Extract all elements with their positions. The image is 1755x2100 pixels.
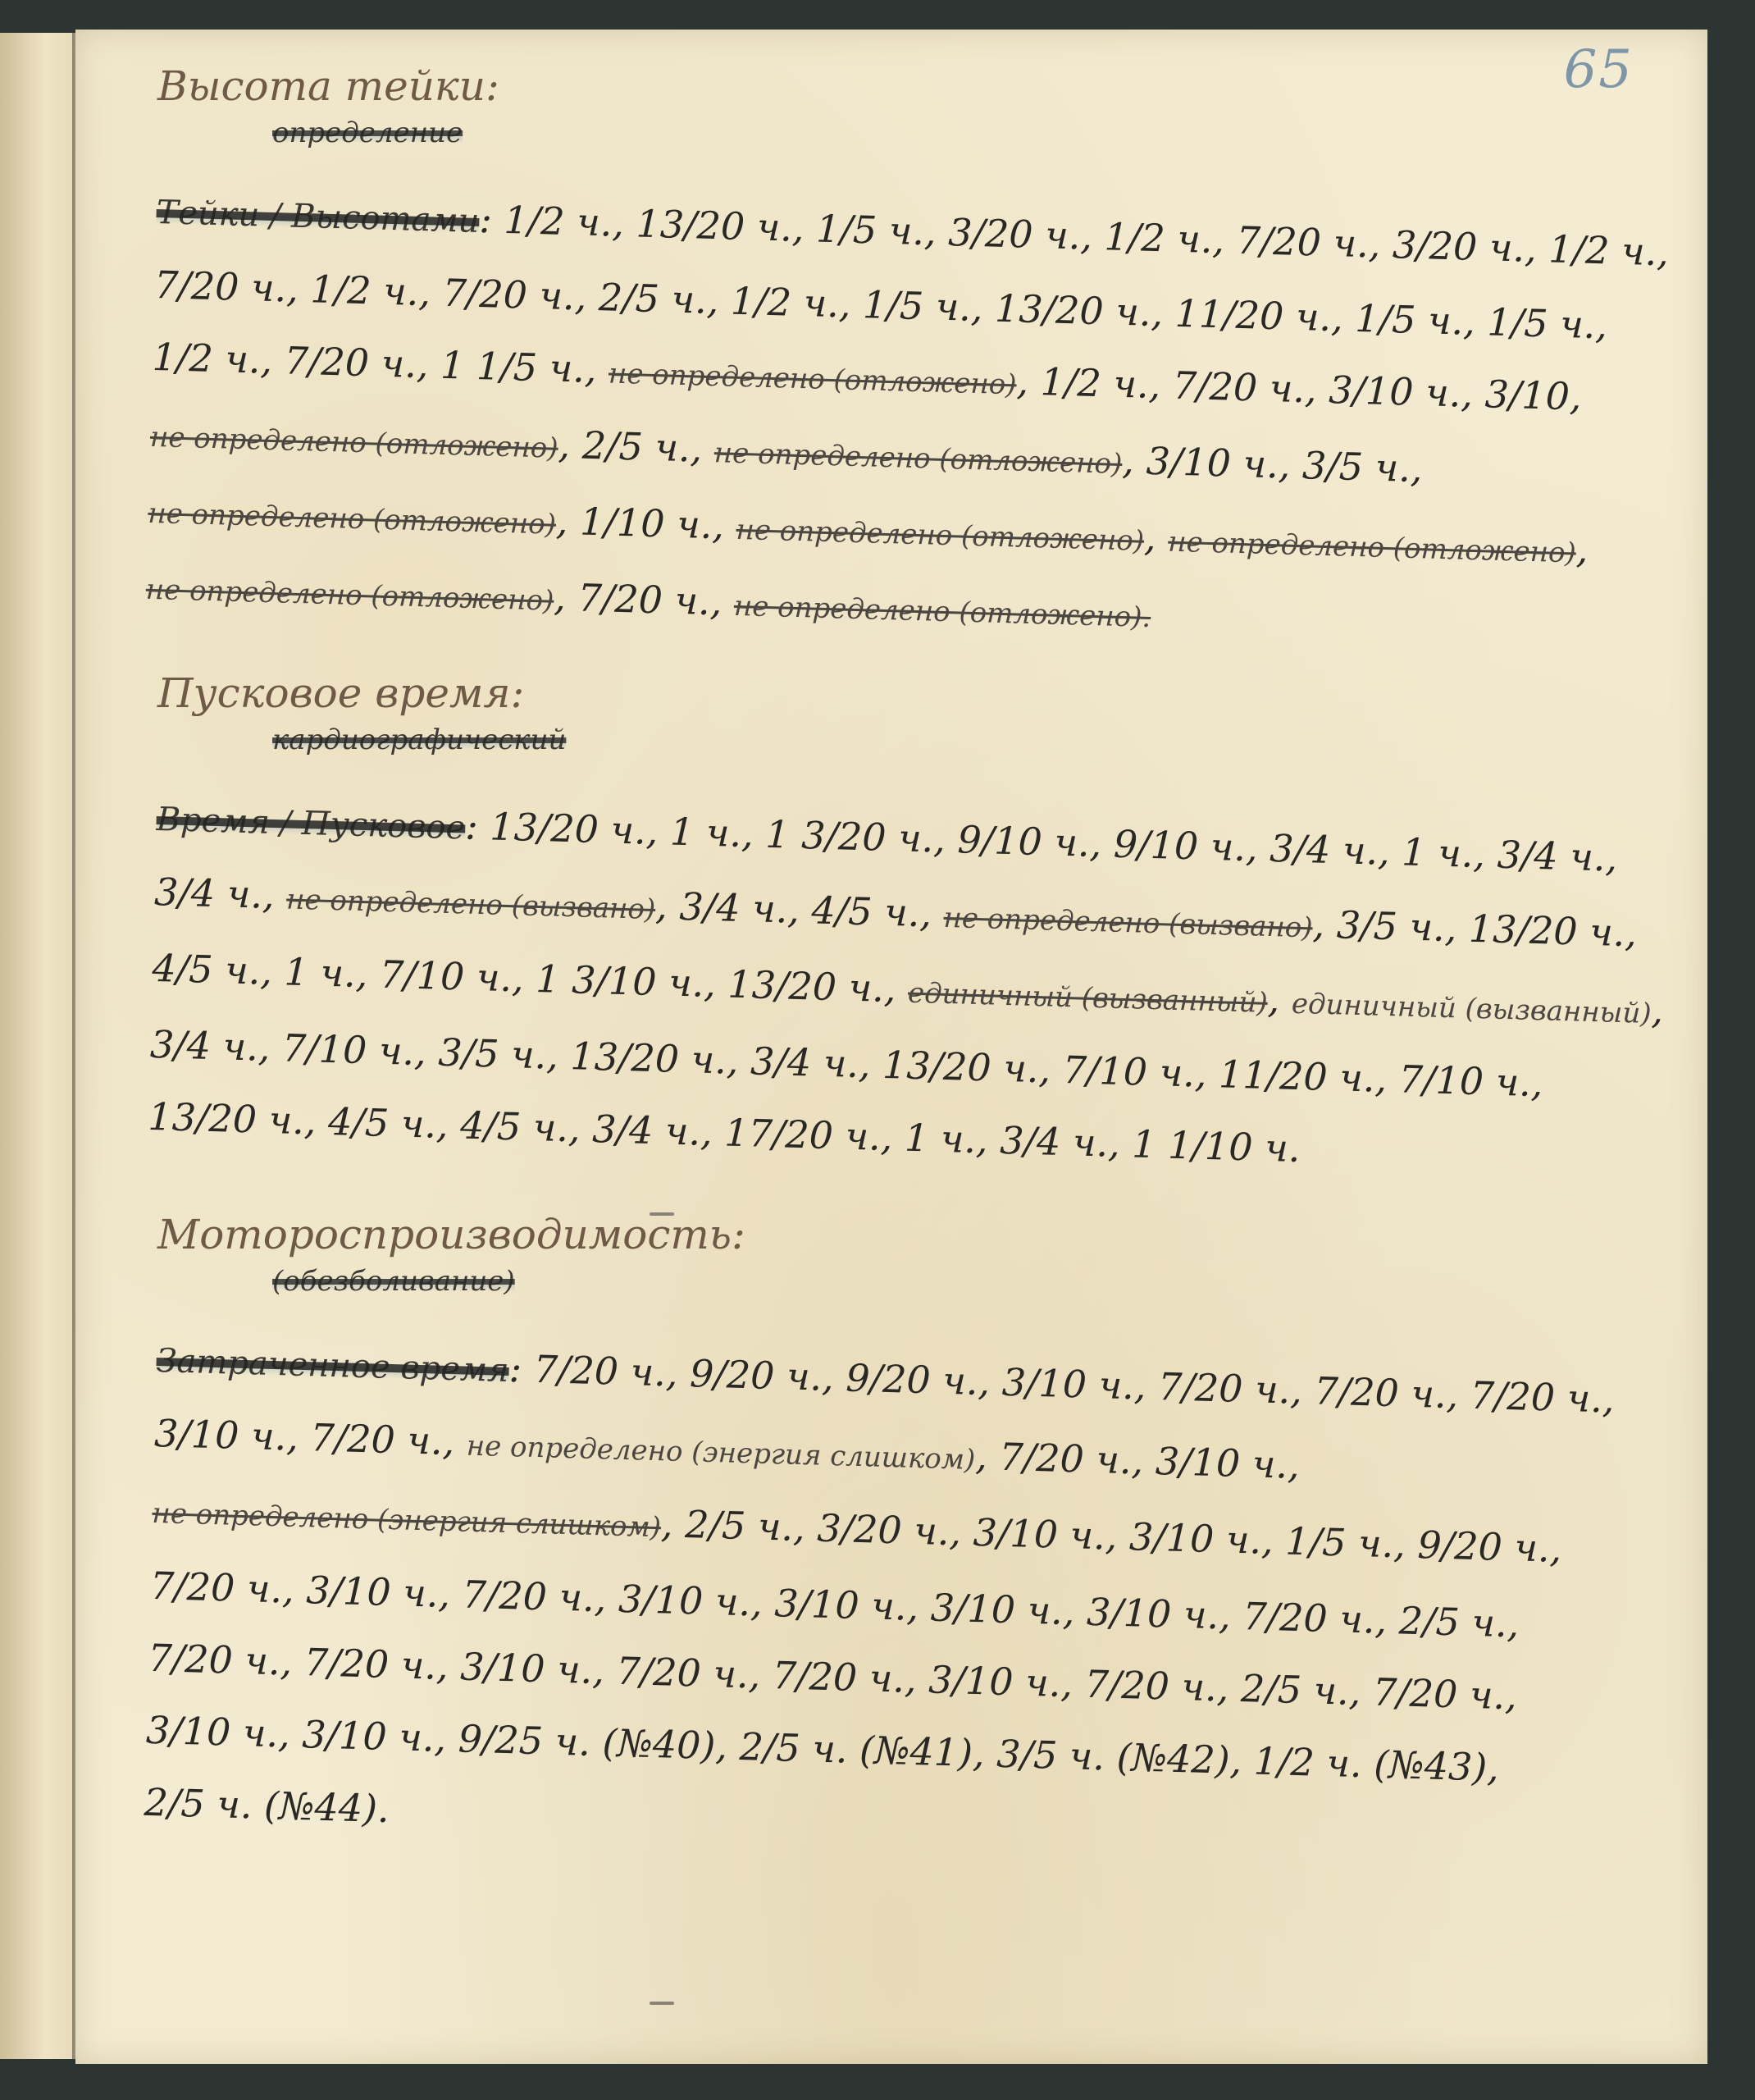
separator: , (1216, 1665, 1242, 1710)
separator: , (262, 873, 287, 918)
measurement-entry: 1/5 ч. (1285, 1519, 1394, 1567)
measurement-entry: 3/10 ч. (1329, 367, 1462, 415)
measurement-entry: 4/5 ч. (327, 1099, 436, 1147)
separator: , (750, 1580, 775, 1625)
measurement-entry: 7/20 ч. (1236, 218, 1370, 266)
separator: , (286, 266, 312, 311)
separator: , (655, 883, 681, 929)
separator: , (975, 1117, 1001, 1162)
separator: , (1133, 1363, 1159, 1408)
separator: , (418, 270, 444, 315)
separator: , (791, 206, 817, 251)
separator: , (1151, 290, 1176, 336)
measurement-entry: 2/5 ч. (581, 423, 691, 471)
separator: , (704, 961, 729, 1007)
separator: , (1194, 1051, 1219, 1096)
separator: , (554, 575, 579, 620)
separator: , (434, 1716, 459, 1761)
measurement-entry: 4/5 ч. (811, 888, 920, 935)
separator: , (970, 285, 996, 331)
measurement-entry: 3/10 (1484, 372, 1570, 418)
measurement-entry: 3/4 ч. (592, 1107, 701, 1154)
measurement-entry: 7/20 ч. (153, 262, 287, 310)
struck-entry: не определено (вызвано) (286, 883, 656, 926)
measurement-entry: 3/4 ч. (679, 884, 788, 932)
separator: , (748, 1652, 773, 1697)
measurement-entry: 7/20 ч. (1172, 363, 1306, 411)
struck-label: Тейки / Высотами (156, 194, 480, 240)
struck-entry: единичный (вызванный) (908, 977, 1269, 1020)
separator: , (574, 274, 599, 319)
measurement-entry: 3/10 ч. (1155, 1439, 1288, 1486)
section-launch-time: Пусковое время: кардиографический Время … (157, 669, 1675, 1153)
measurement-entry: 1/2 ч. (152, 335, 261, 382)
measurement-entry: 13/20 ч. (1468, 906, 1625, 955)
struck-label: Время / Пусковое (156, 801, 466, 847)
separator: , (277, 1711, 303, 1756)
measurement-entry: 9/25 ч. (№40) (458, 1716, 716, 1768)
measurement-entry: 7/20 ч. (1084, 1662, 1218, 1710)
separator: , (442, 1419, 467, 1464)
facing-page-edge (0, 33, 78, 2059)
separator: , (883, 966, 909, 1011)
separator: , (1463, 299, 1488, 345)
struck-entry: не определено (отложено) (736, 514, 1145, 558)
measurement-entry: 2/5 ч. (685, 1502, 794, 1550)
separator: , (1060, 1661, 1086, 1706)
struck-entry: не определено (отложено) (608, 357, 1017, 401)
struck-entry: не определено (отложено) (145, 573, 554, 618)
separator: , (1486, 1745, 1499, 1789)
measurement-entry: 2/5 ч. (598, 275, 707, 322)
separator: , (975, 1434, 1001, 1479)
measurement-entry: 1 ч. (904, 1116, 977, 1162)
measurement-entry: 1 ч. (284, 949, 357, 995)
measurement-entry: 7/10 ч. (281, 1025, 415, 1073)
separator: , (1105, 1513, 1130, 1559)
separator: , (741, 811, 766, 856)
separator: , (1089, 821, 1115, 866)
measurement-entry: 13/20 ч. (490, 804, 647, 852)
measurement-entry: 13/20 ч. (994, 286, 1151, 335)
separator: , (1143, 515, 1169, 560)
measurement-entry: 3/4 ч. (153, 870, 262, 917)
struck-entry: не определено (отложено). (733, 590, 1151, 634)
measurement-entry: 1/2 ч. (1104, 214, 1213, 262)
measurement-entry: 9/10 ч. (957, 817, 1091, 865)
measurement-entry: 3/5 ч. (1301, 443, 1411, 491)
measurement-entry: 3/5 ч. (№42) (996, 1732, 1231, 1783)
measurement-entry: 9/10 ч. (1113, 822, 1247, 870)
separator: , (660, 1501, 686, 1546)
separator: , (858, 1042, 883, 1087)
separator: , (792, 1505, 818, 1550)
separator: , (906, 1585, 932, 1630)
measurement-entry: 7/20 ч. (1242, 1594, 1376, 1641)
separator: , (438, 1572, 463, 1617)
separator: , (435, 1102, 461, 1148)
separator: , (1446, 1372, 1471, 1417)
separator: , (1657, 230, 1670, 274)
separator: , (555, 499, 581, 544)
separator: , (919, 891, 945, 936)
measurement-entry: 2/5 ч. (1240, 1666, 1349, 1714)
measurement-entry: 3/5 ч. (438, 1030, 547, 1078)
measurement-entry: 3/4 ч. (1000, 1118, 1109, 1166)
separator: , (1374, 1598, 1400, 1643)
measurement-entry: 7/10 ч. (379, 952, 513, 1000)
measurement-entry: 7/20 ч. (442, 271, 576, 318)
measurement-entry: 7/20 ч. (310, 1415, 444, 1463)
measurement-entry: 7/10 ч. (1398, 1057, 1532, 1104)
measurement-entry: 9/20 ч. (846, 1355, 979, 1403)
separator: , (1122, 438, 1147, 483)
separator: , (1651, 988, 1664, 1032)
measurement-entry: единичный (вызванный) (1291, 988, 1652, 1030)
separator: , (1473, 832, 1498, 877)
measurement-entry: 3/10 ч. (930, 1585, 1064, 1632)
measurement-entry: 1/10 ч. (580, 500, 713, 547)
measurement-entry: 7/20 ч. (303, 1640, 437, 1687)
ink-mark (650, 1212, 674, 1216)
measurement-entry: 3/10 ч. (460, 1644, 594, 1691)
section-height: Высота тейки: определение Тейки / Высота… (157, 62, 1675, 626)
measurement-entry: 1/2 ч. (730, 279, 839, 326)
measurement-entry: 3/10 ч. (306, 1568, 440, 1615)
measurement-entry: 3/10 ч. (1128, 1514, 1262, 1562)
separator: , (1229, 1738, 1255, 1783)
measurement-entry: 3/10 ч. (774, 1581, 908, 1628)
separator: , (880, 1115, 905, 1160)
separator: , (511, 956, 536, 1001)
separator: , (280, 1639, 305, 1684)
measurement-entry: 3/20 ч. (1392, 222, 1525, 270)
separator: , (838, 281, 864, 326)
measurement-entry: 3/5 ч. (1336, 902, 1445, 950)
measurement-entry: 1/2 ч. (504, 198, 613, 245)
section-heading: Мотороспроизводимость: (157, 1211, 1675, 1258)
measurement-entry: 4/5 ч. (460, 1102, 569, 1150)
separator: , (1374, 1057, 1400, 1102)
separator: , (260, 949, 285, 994)
separator: , (706, 278, 732, 323)
separator: , (1260, 1518, 1286, 1564)
measurement-entry: 3/4 ч. (750, 1039, 859, 1086)
entry-list: Затраченное время: 7/20 ч., 9/20 ч., 9/2… (143, 1322, 1674, 1880)
separator: , (1312, 902, 1338, 947)
measurement-entry: 3/10 ч. (1146, 439, 1279, 486)
measurement-entry: 7/20 ч. (772, 1653, 905, 1701)
separator: , (1530, 1061, 1543, 1105)
separator: , (1330, 295, 1356, 340)
separator: , (645, 809, 671, 854)
separator: , (1461, 371, 1486, 416)
separator: , (260, 338, 285, 383)
separator: , (558, 422, 583, 468)
inserted-word: (обезболивание) (272, 1265, 515, 1298)
measurement-entry: 17/20 ч. (724, 1110, 882, 1158)
measurement-entry: 7/20 ч. (577, 576, 711, 623)
measurement-entry: 7/20 ч. (533, 1347, 667, 1395)
measurement-entry: 2/5 ч. (1398, 1598, 1507, 1646)
measurement-entry: 1 ч. (669, 809, 742, 855)
measurement-entry: 7/20 ч. (462, 1573, 595, 1620)
struck-entry: не определено (отложено) (713, 436, 1123, 481)
separator: , (972, 1731, 997, 1776)
measurement-entry: 9/20 ч. (689, 1351, 823, 1399)
measurement-entry: 13/20 ч. (148, 1094, 305, 1143)
separator: , (1038, 1047, 1064, 1092)
separator: , (1131, 1438, 1156, 1483)
measurement-entry: 1/2 ч. (№43) (1253, 1739, 1488, 1790)
measurement-entry: 3/4 ч. (149, 1022, 258, 1070)
separator: , (258, 1025, 283, 1071)
struck-entry: не определено (отложено) (1168, 526, 1577, 570)
struck-entry: не определено (энергия слишком) (152, 1497, 662, 1544)
separator: , (1549, 1527, 1562, 1571)
separator: , (700, 1110, 725, 1155)
separator: , (1348, 1669, 1374, 1714)
separator: , (690, 426, 715, 471)
insertion-row: кардиографический (157, 724, 1675, 781)
measurement-entry: 3/10 ч. (928, 1657, 1062, 1705)
measurement-entry: 13/20 ч. (727, 962, 885, 1011)
separator: , (709, 579, 735, 624)
separator: , (1290, 1368, 1315, 1413)
measurement-entry: 7/20 ч. (149, 1564, 283, 1611)
separator: , (1507, 1601, 1520, 1646)
measurement-entry: 3/20 ч. (948, 210, 1082, 258)
measurement-entry: 1/5 ч. (1355, 296, 1464, 344)
separator: , (1393, 1522, 1419, 1567)
separator: , (1602, 1376, 1615, 1421)
separator: , (712, 503, 737, 548)
measurement-entry: 1 1/5 ч. (440, 343, 585, 391)
section-heading: Высота тейки: (157, 62, 1675, 110)
insertion-row: (обезболивание) (157, 1265, 1675, 1322)
section-motor: Мотороспроизводимость: (обезболивание) З… (157, 1211, 1675, 1838)
measurement-entry: 3/10 ч. (302, 1712, 435, 1760)
separator: , (665, 1350, 691, 1395)
entry-list: Время / Пусковое: 13/20 ч., 1 ч., 1 3/20… (147, 781, 1674, 1194)
measurement-entry: 7/20 ч. (616, 1649, 750, 1696)
measurement-entry: 11/20 ч. (1174, 291, 1332, 340)
separator: , (1212, 217, 1238, 262)
measurement-entry: 7/20 ч. (1372, 1670, 1506, 1718)
separator: , (1245, 825, 1270, 870)
separator: , (904, 1657, 929, 1702)
separator: , (355, 952, 381, 997)
separator: , (1524, 226, 1549, 272)
separator: , (303, 1098, 329, 1144)
measurement-entry: 3/4 ч. (1270, 826, 1379, 874)
separator: , (594, 1576, 619, 1621)
measurement-entry: 11/20 ч. (1218, 1052, 1375, 1100)
measurement-entry: 1/2 ч. (310, 267, 419, 314)
separator: , (1218, 1593, 1243, 1638)
separator: , (1595, 303, 1608, 347)
measurement-entry: 3/4 ч. (1497, 833, 1606, 880)
measurement-entry: 3/10 ч. (145, 1708, 279, 1755)
separator: , (1569, 374, 1582, 418)
measurement-entry: 7/20 ч. (1157, 1364, 1291, 1412)
measurement-entry: 7/20 ч. (284, 338, 417, 386)
measurement-entry: 7/10 ч. (1062, 1048, 1196, 1095)
measurement-entry: 7/20 ч. (1314, 1368, 1447, 1416)
separator: , (1368, 221, 1393, 267)
separator: , (612, 201, 637, 246)
measurement-entry: 1/2 ч. (1548, 226, 1657, 274)
separator: , (1410, 446, 1423, 491)
separator: , (1278, 442, 1303, 487)
separator: , (821, 1355, 846, 1400)
separator: , (923, 209, 949, 254)
entry-list: Тейки / Высотами: 1/2 ч., 13/20 ч., 1/5 … (145, 174, 1675, 668)
section-heading: Пусковое время: (157, 669, 1675, 717)
separator: , (592, 1648, 618, 1693)
separator: , (1444, 906, 1470, 951)
measurement-entry: 2/5 ч. (№44). (144, 1780, 390, 1831)
separator: , (1107, 1121, 1133, 1166)
measurement-entry: 1 3/20 ч. (765, 812, 934, 861)
measurement-entry: 1/5 ч. (862, 282, 971, 330)
separator: , (281, 1567, 307, 1612)
measurement-entry: 9/20 ч. (1417, 1522, 1551, 1570)
measurement-entry: 3/10 ч. (618, 1577, 751, 1624)
measurement-entry: 3/10 ч. (973, 1510, 1106, 1558)
separator: , (715, 1723, 741, 1769)
measurement-entry: 7/20 ч. (148, 1636, 281, 1683)
separator: , (787, 888, 813, 933)
separator: , (568, 1106, 593, 1151)
measurement-entry: 13/20 ч. (636, 201, 793, 249)
inserted-word: определение (272, 116, 463, 149)
measurement-entry: 3/10 ч. (1001, 1360, 1135, 1408)
separator: , (584, 347, 609, 392)
struck-entry: не определено (отложено) (148, 497, 557, 541)
measurement-entry: 13/20 ч. (882, 1043, 1039, 1091)
insertion-row: определение (157, 116, 1675, 174)
struck-entry: не определено (отложено) (149, 421, 558, 465)
separator: , (1080, 213, 1105, 258)
separator: , (1625, 911, 1638, 955)
measurement-entry: не определено (энергия слишком) (466, 1430, 976, 1477)
measurement-entry: 1 3/10 ч. (536, 956, 704, 1006)
manuscript-page: 65 Высота тейки: определение Тейки / Выс… (75, 30, 1707, 2064)
ink-mark (650, 2002, 674, 2005)
measurement-entry: 3/10 ч. (1086, 1590, 1219, 1637)
measurement-entry: 3/20 ч. (817, 1506, 950, 1554)
separator: , (286, 1414, 312, 1459)
measurement-entry: 1 ч. (1402, 829, 1475, 875)
separator: , (1304, 367, 1329, 412)
separator: , (978, 1359, 1003, 1404)
separator: , (413, 1029, 439, 1075)
separator: , (1605, 835, 1618, 879)
separator: , (1267, 977, 1292, 1022)
separator: , (1062, 1589, 1087, 1634)
inserted-word: кардиографический (272, 724, 566, 756)
separator: , (1016, 358, 1042, 404)
measurement-entry: 1/5 ч. (815, 206, 924, 253)
measurement-entry: 1 1/10 ч. (1132, 1121, 1301, 1171)
struck-entry: не определено (вызвано) (943, 902, 1313, 945)
measurement-entry: 1/5 ч. (1487, 299, 1596, 347)
separator: , (1287, 1443, 1300, 1487)
separator: , (1148, 363, 1174, 408)
measurement-entry: 7/20 ч. (1470, 1373, 1603, 1421)
measurement-entry: 2/5 ч. (№41) (739, 1724, 973, 1775)
separator: , (1575, 527, 1589, 571)
measurement-entry: 1/2 ч. (1040, 359, 1149, 407)
separator: , (726, 1039, 751, 1084)
separator: , (1504, 1673, 1517, 1718)
measurement-entry: 3/10 ч. (153, 1411, 287, 1459)
separator: , (435, 1644, 461, 1689)
measurement-entry: 7/20 ч. (999, 1435, 1133, 1482)
separator: , (933, 816, 959, 861)
separator: , (1377, 829, 1402, 874)
separator: , (949, 1509, 974, 1554)
measurement-entry: 4/5 ч. (152, 946, 261, 993)
struck-label: Затраченное время (156, 1342, 509, 1390)
separator: , (546, 1033, 572, 1078)
measurement-entry: 13/20 ч. (570, 1034, 727, 1082)
separator: , (416, 342, 441, 387)
